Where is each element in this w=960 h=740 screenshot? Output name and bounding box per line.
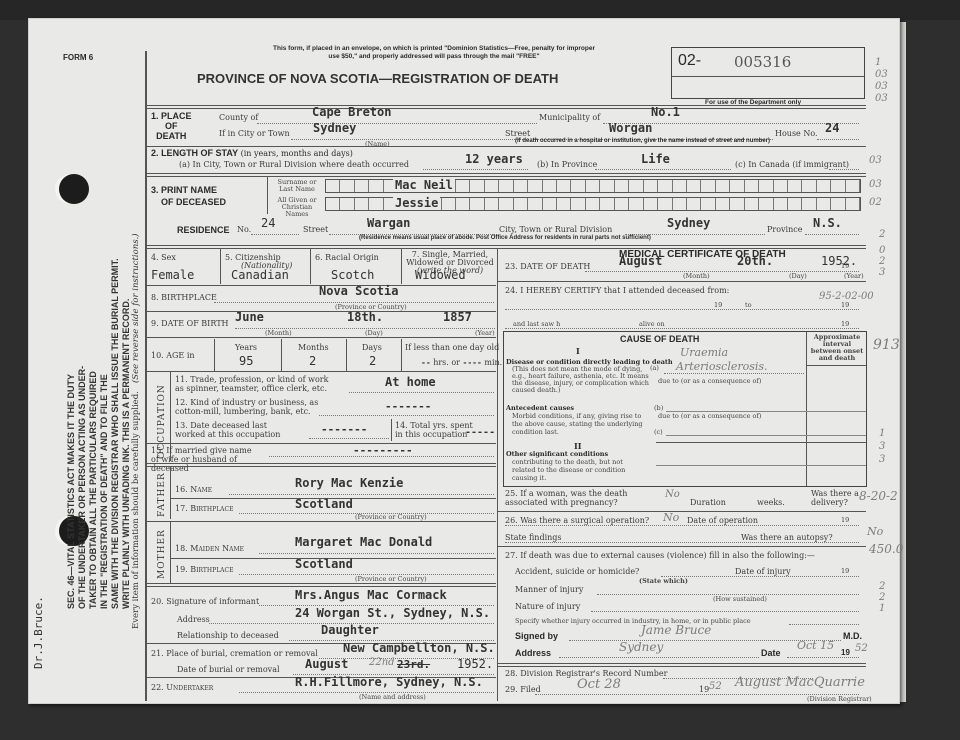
physician-address: Sydney bbox=[619, 640, 663, 654]
dob-month-value: June bbox=[235, 310, 264, 324]
stay-province-value: Life bbox=[641, 152, 670, 166]
dod-year-value: 1952. bbox=[821, 254, 857, 268]
form-title: PROVINCE OF NOVA SCOTIA—REGISTRATION OF … bbox=[197, 71, 558, 86]
death-registration-form: FORM 6 SEC. 46—VITAL STATISTICS ACT MAKE… bbox=[28, 18, 900, 704]
length-of-stay-label: 2. LENGTH OF STAY (in years, months and … bbox=[151, 148, 353, 158]
trade-value: At home bbox=[385, 375, 436, 389]
mother-birthplace-value: Scotland bbox=[295, 557, 353, 571]
pregnancy-value: No bbox=[665, 489, 680, 500]
informant-address-value: 24 Worgan St., Sydney, N.S. bbox=[295, 606, 490, 620]
birthplace-value: Nova Scotia bbox=[319, 284, 398, 298]
registration-number: 005316 bbox=[734, 53, 791, 71]
age-years-value: 95 bbox=[239, 354, 253, 368]
informant-name-value: Mrs.Angus Mac Cormack bbox=[295, 588, 447, 602]
signature-date: Oct 15 bbox=[797, 639, 834, 652]
frame-line bbox=[145, 51, 147, 701]
autopsy-value: No bbox=[867, 525, 883, 538]
surgery-value: No bbox=[663, 511, 679, 524]
sex-value: Female bbox=[151, 268, 194, 282]
county-label: County of bbox=[219, 113, 258, 122]
registration-box: 02- 005316 bbox=[671, 47, 865, 99]
residence-street-value: Wargan bbox=[367, 216, 410, 230]
racial-origin-value: Scotch bbox=[331, 268, 374, 282]
dod-day-value: 20th. bbox=[737, 254, 773, 268]
cause-a-line2: Arteriosclerosis. bbox=[676, 360, 768, 373]
residence-no-value: 24 bbox=[261, 216, 275, 230]
burial-day-struck: 23rd. bbox=[397, 658, 430, 671]
cause-of-death-box: CAUSE OF DEATH Approximate interval betw… bbox=[503, 331, 867, 487]
relationship-value: Daughter bbox=[321, 623, 379, 637]
burial-month-value: August bbox=[305, 657, 348, 671]
years-spent-value: ----- bbox=[465, 427, 495, 438]
residence-city-value: Sydney bbox=[667, 216, 710, 230]
city-label: If in City or Town bbox=[219, 129, 290, 138]
registration-prefix: 02- bbox=[678, 52, 701, 70]
punch-hole bbox=[59, 174, 89, 204]
physician-stamp: Dr.J.Bruce. bbox=[32, 596, 45, 669]
physician-signature: Jame Bruce bbox=[641, 623, 711, 637]
instruction-note: Every item of information should be care… bbox=[131, 233, 141, 629]
column-divider bbox=[497, 249, 498, 701]
surname-value: Mac Neil bbox=[393, 178, 455, 192]
undertaker-value: R.H.Fillmore, Sydney, N.S. bbox=[295, 675, 483, 689]
stay-city-value: 12 years bbox=[465, 152, 523, 166]
burial-day-handwritten: 22nd bbox=[369, 657, 395, 668]
municipality-label: Municipality of bbox=[539, 113, 600, 122]
filed-date: Oct 28 bbox=[577, 677, 621, 692]
given-name-value: Jessie bbox=[393, 196, 440, 210]
dod-month-value: August bbox=[619, 254, 662, 268]
street-label: Street bbox=[505, 129, 530, 138]
background-top bbox=[0, 0, 960, 20]
street-value: Worgan bbox=[609, 121, 652, 135]
industry-value: ------- bbox=[385, 400, 431, 413]
father-birthplace-value: Scotland bbox=[295, 497, 353, 511]
city-value: Sydney bbox=[313, 121, 356, 135]
spouse-value: --------- bbox=[353, 444, 413, 457]
father-section-label: FATHER bbox=[157, 472, 167, 517]
deceased-name-label: 3. PRINT NAME OF DECEASED bbox=[151, 184, 226, 208]
hospital-note: (If death occurred in a hospital or inst… bbox=[515, 138, 770, 144]
postal-notice: This form, if placed in an envelope, on … bbox=[199, 45, 669, 61]
dob-day-value: 18th. bbox=[347, 310, 383, 324]
house-label: House No. bbox=[775, 129, 818, 138]
county-value: Cape Breton bbox=[312, 105, 391, 119]
father-name-value: Rory Mac Kenzie bbox=[295, 476, 403, 490]
burial-place-value: New Campbellton, N.S. bbox=[343, 641, 495, 655]
dob-year-value: 1857 bbox=[443, 310, 472, 324]
citizenship-value: Canadian bbox=[231, 268, 289, 282]
mother-section-label: MOTHER bbox=[157, 529, 167, 579]
mother-name-value: Margaret Mac Donald bbox=[295, 535, 432, 549]
registrar-signature: August MacQuarrie bbox=[735, 675, 865, 690]
age-months-value: 2 bbox=[309, 354, 316, 368]
attended-code: 95-2-02-00 bbox=[819, 291, 874, 302]
marital-status-value: Widowed bbox=[415, 268, 466, 282]
form-number: FORM 6 bbox=[63, 53, 93, 62]
cause-a-line1: Uraemia bbox=[680, 346, 728, 359]
municipality-value: No.1 bbox=[651, 105, 680, 119]
place-of-death-label: 1. PLACEOFDEATH bbox=[151, 111, 192, 141]
margin-codes: 1 03 03 03 bbox=[875, 57, 888, 105]
age-days-value: 2 bbox=[369, 354, 376, 368]
residence-province-value: N.S. bbox=[813, 216, 842, 230]
house-value: 24 bbox=[825, 121, 839, 135]
legal-notice: SEC. 46—VITAL STATISTICS ACT MAKES IT TH… bbox=[66, 258, 132, 609]
last-worked-value: ------- bbox=[321, 423, 367, 436]
residence-label: RESIDENCE bbox=[177, 225, 230, 235]
burial-year-value: 1952. bbox=[457, 657, 493, 671]
